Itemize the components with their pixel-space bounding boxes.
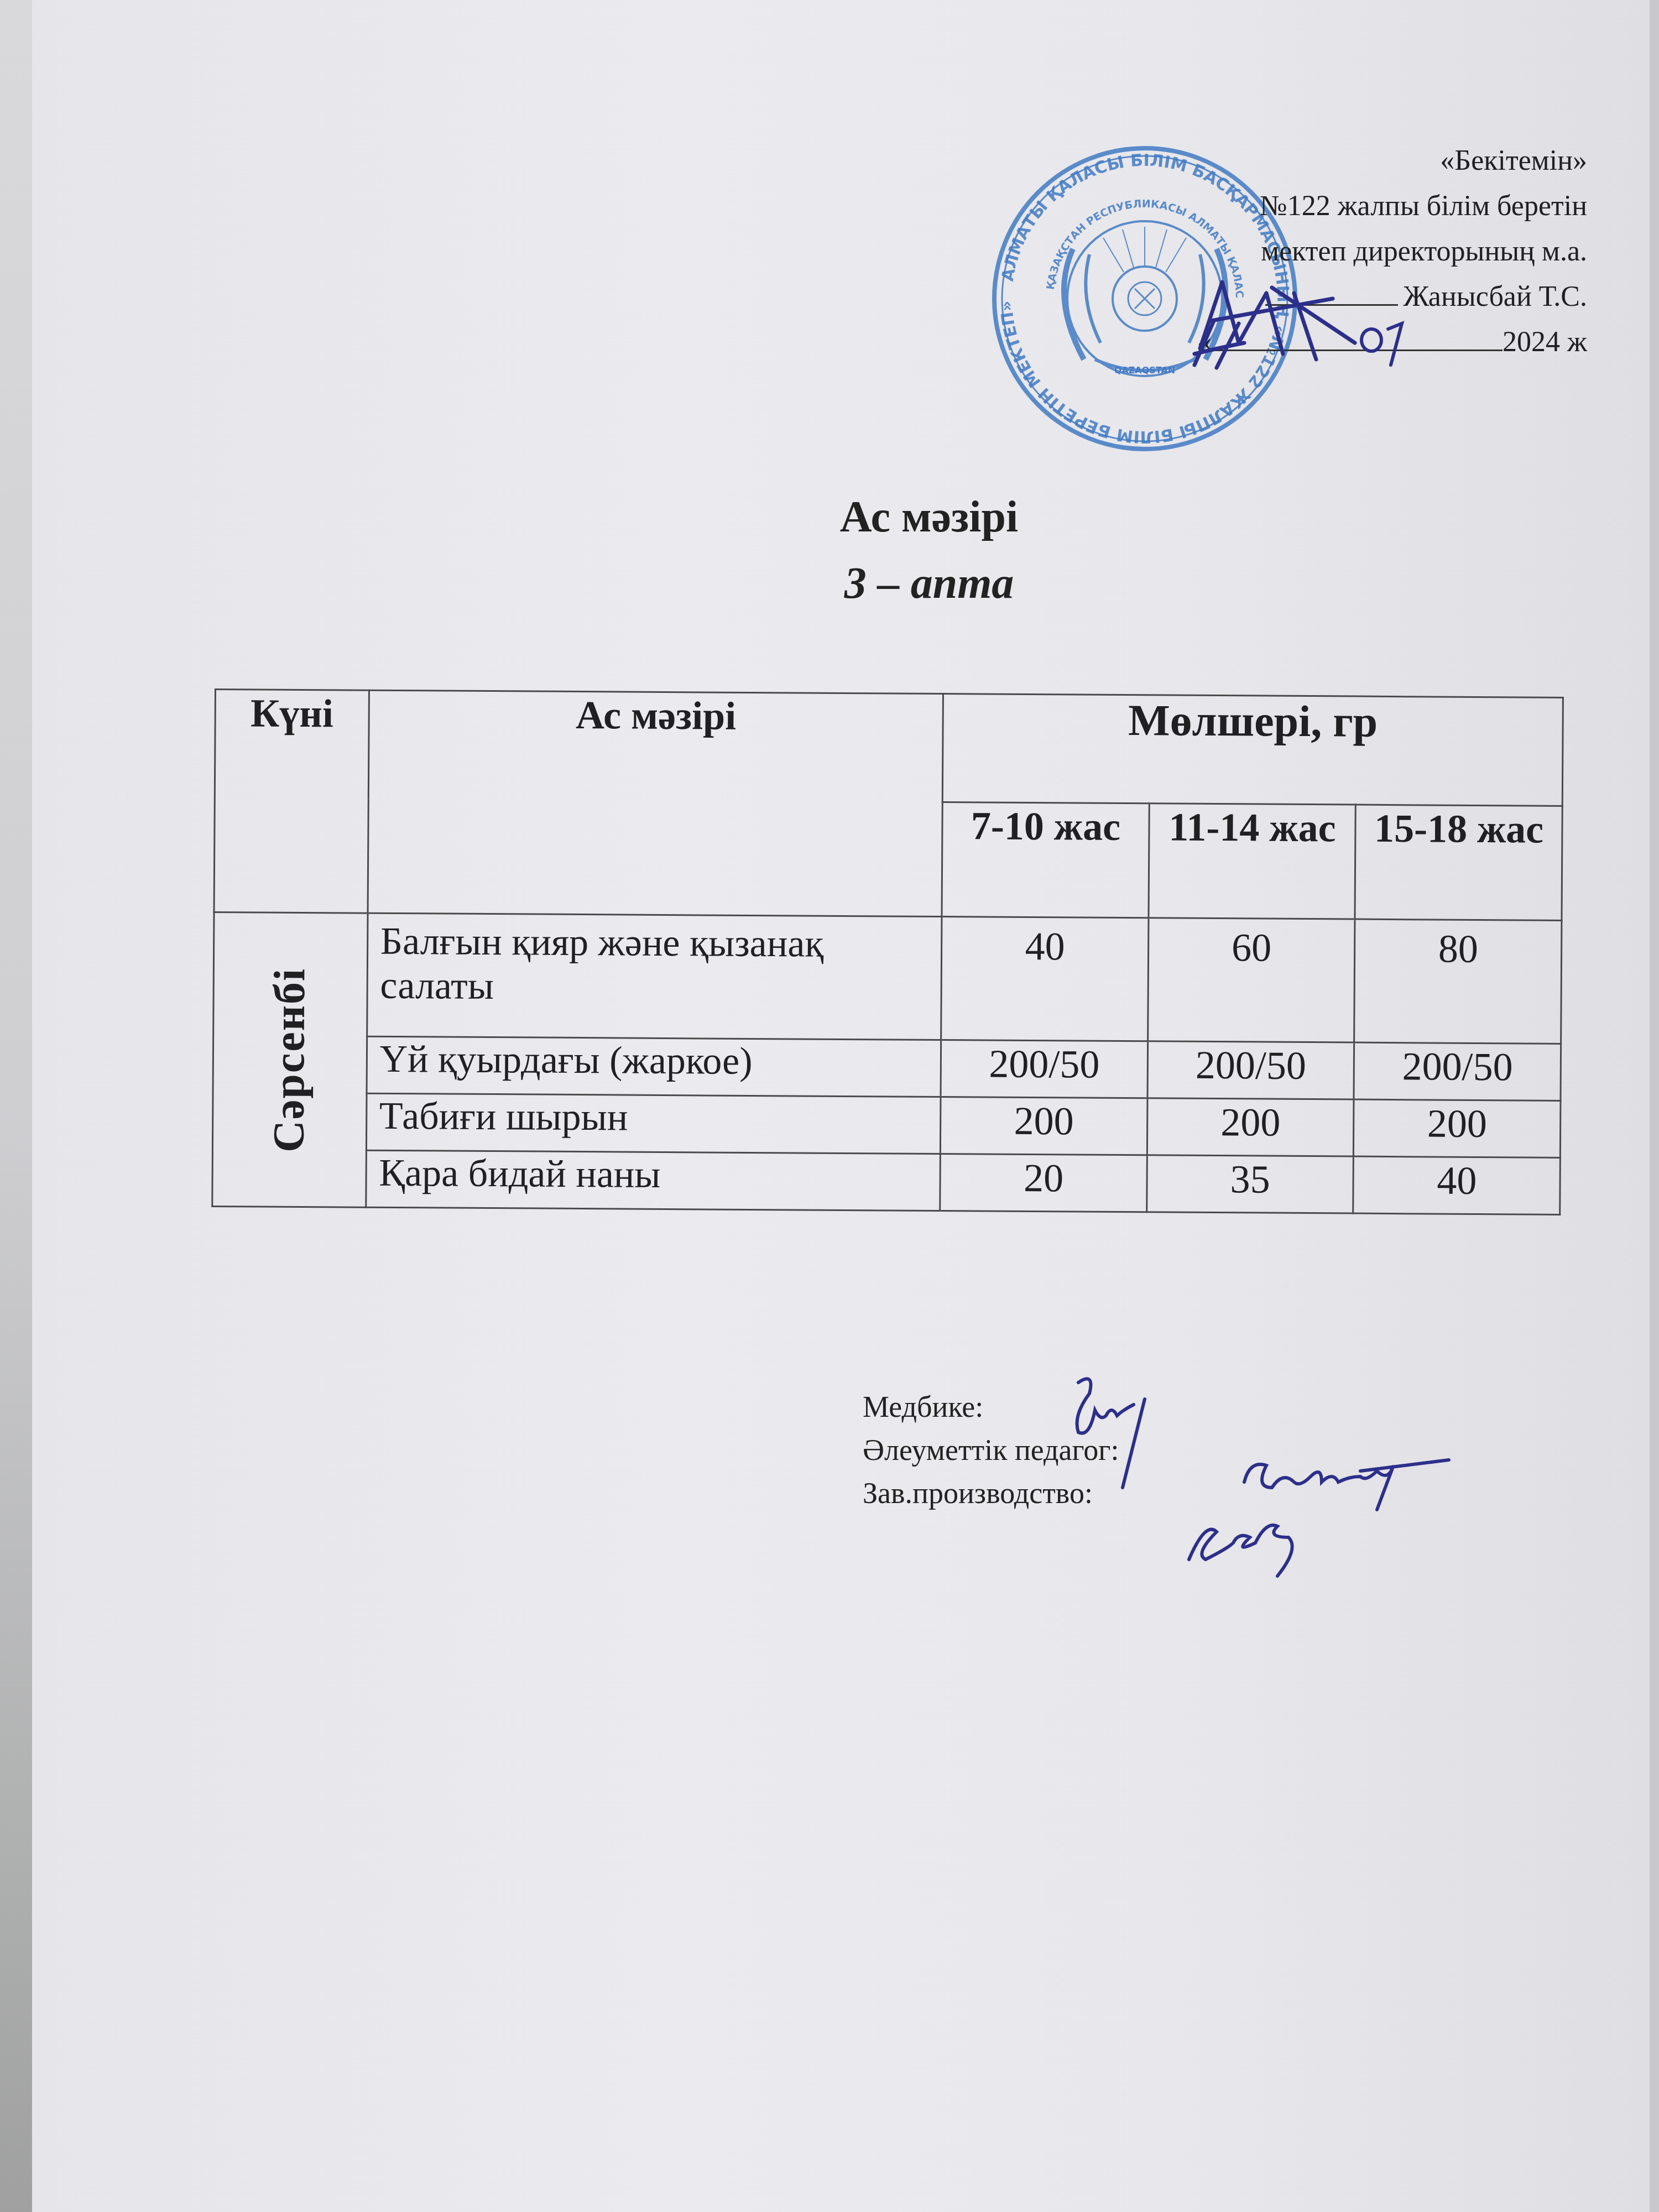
qty-cell: 200 (941, 1097, 1147, 1155)
qty-cell: 200 (1354, 1099, 1561, 1157)
background-surface (0, 0, 32, 2212)
qty-cell: 40 (941, 917, 1149, 1041)
qty-cell: 200/50 (941, 1040, 1147, 1098)
header-age-11-14: 11-14 жас (1149, 804, 1356, 919)
day-cell: Сәрсенбі (212, 912, 368, 1208)
production-head-signature-icon (1178, 1499, 1322, 1582)
qty-cell: 60 (1147, 918, 1355, 1042)
dish-name: Балғын қияр және қызанақ салаты (367, 913, 942, 1040)
handwritten-date-day-icon (1183, 310, 1266, 376)
header-age-15-18: 15-18 жас (1355, 805, 1562, 921)
qty-cell: 80 (1354, 919, 1562, 1044)
qty-cell: 35 (1146, 1155, 1353, 1213)
dish-name: Үй қуырдағы (жаркое) (367, 1036, 941, 1097)
page-subtitle: 3 – апта (0, 559, 1659, 609)
qty-cell: 20 (940, 1154, 1147, 1212)
director-name: Жанысбай Т.С. (1404, 281, 1587, 312)
qty-cell: 40 (1353, 1156, 1560, 1214)
table-row: Табиғи шырын 200 200 200 (212, 1092, 1561, 1157)
day-label: Сәрсенбі (264, 967, 316, 1152)
qty-cell: 200/50 (1147, 1041, 1354, 1099)
table-row: Үй қуырдағы (жаркое) 200/50 200/50 200/5… (213, 1035, 1561, 1100)
svg-text:QAZAQSTAN: QAZAQSTAN (1114, 365, 1176, 375)
qty-cell: 200/50 (1354, 1042, 1561, 1100)
header-age-7-10: 7-10 жас (942, 802, 1149, 918)
menu-table: Күні Ас мәзірі Мөлшері, гр 7-10 жас 11-1… (211, 688, 1564, 1215)
approval-heading: «Бекітемін» (1197, 138, 1587, 184)
header-dish: Ас мәзірі (368, 690, 943, 916)
header-quantity: Мөлшері, гр (942, 694, 1563, 806)
nurse-signature-icon (1056, 1366, 1167, 1493)
approval-school-line: №122 жалпы білім беретін (1197, 184, 1587, 229)
dish-name: Табиғи шырын (366, 1093, 941, 1154)
table-row: Сәрсенбі Балғын қияр және қызанақ салаты… (213, 912, 1562, 1044)
dish-name: Қара бидай наны (366, 1150, 940, 1211)
approval-year: 2024 ж (1503, 326, 1587, 358)
header-day: Күні (214, 690, 369, 914)
page-title: Ас мәзірі (0, 492, 1659, 542)
table-row: Қара бидай наны 20 35 40 (212, 1149, 1561, 1214)
qty-cell: 200 (1147, 1098, 1354, 1156)
handwritten-date-month-icon (1349, 318, 1416, 368)
